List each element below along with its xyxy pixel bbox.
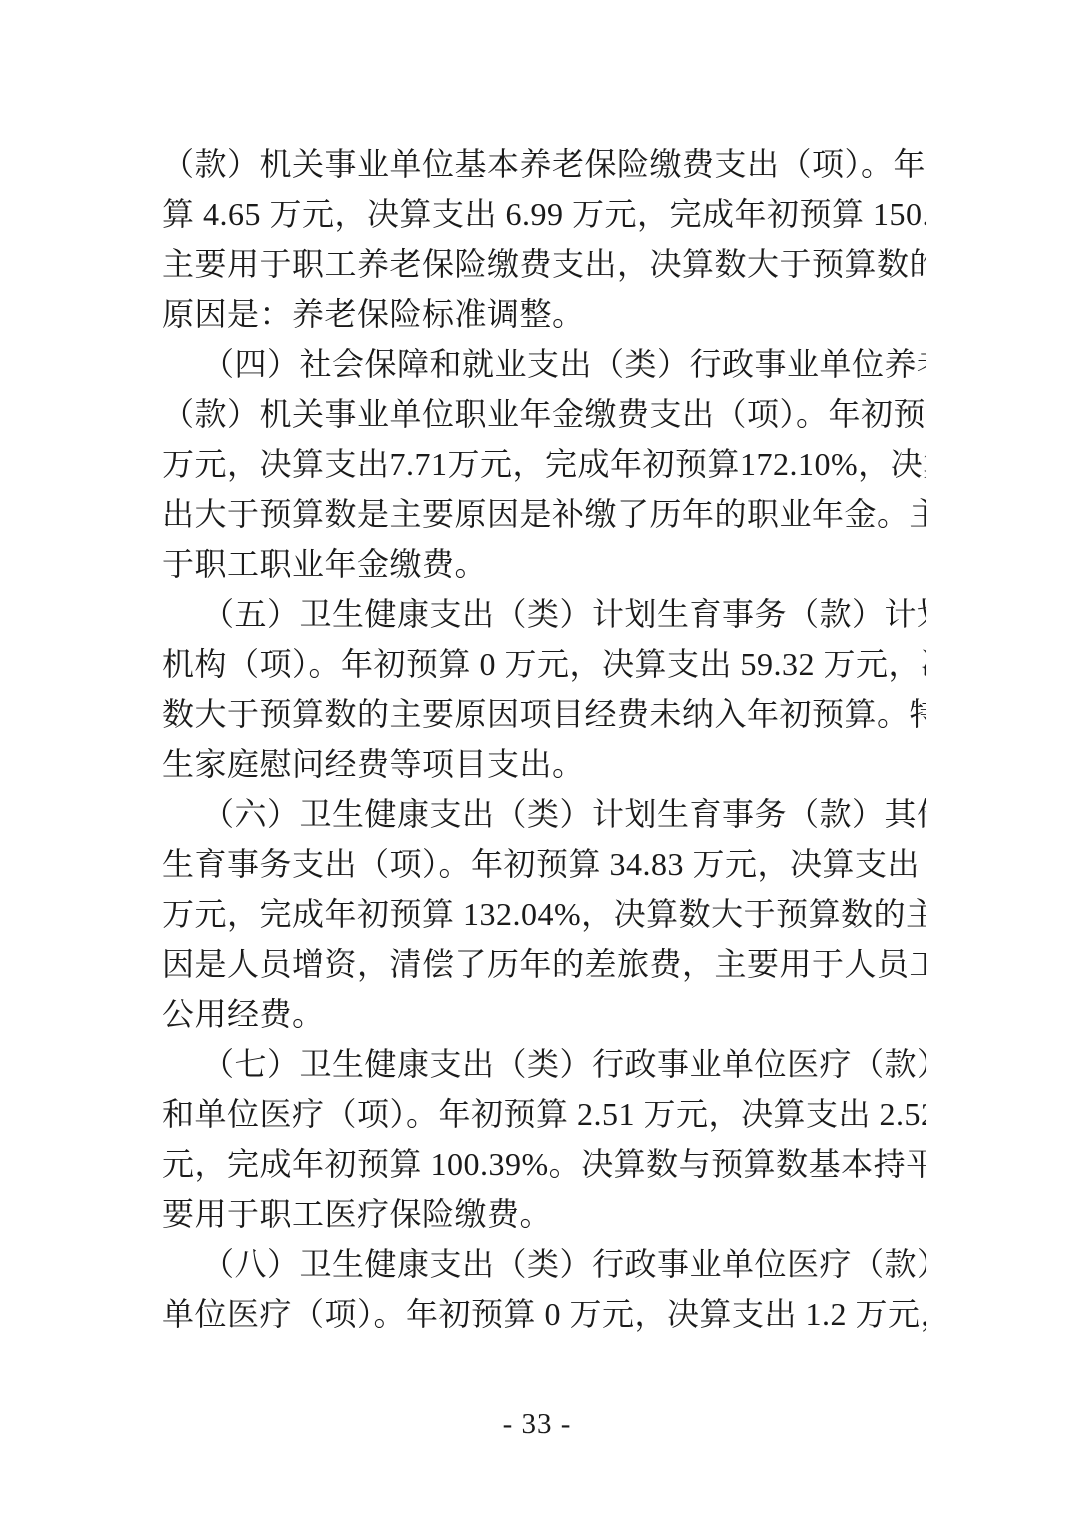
text-line: （八）卫生健康支出（类）行政事业单位医疗（款）事业 [162,1239,926,1289]
text-line: 万元，决算支出7.71万元，完成年初预算172.10%，决算支 [162,439,926,489]
text-line: （款）机关事业单位基本养老保险缴费支出（项）。年初预 [162,139,926,189]
text-line: 和单位医疗（项）。年初预算 2.51 万元，决算支出 2.52 万 [162,1089,926,1139]
document-page: （款）机关事业单位基本养老保险缴费支出（项）。年初预 算 4.65 万元，决算支… [0,0,1074,1520]
page-number: - 33 - [503,1408,572,1440]
page-footer: - 33 - [0,1408,1074,1440]
text-line: 数大于预算数的主要原因项目经费未纳入年初预算。特殊计 [162,689,926,739]
text-line: （款）机关事业单位职业年金缴费支出（项）。年初预算4.48 [162,389,926,439]
text-line: （七）卫生健康支出（类）行政事业单位医疗（款）行政 [162,1039,926,1089]
text-line: 机构（项）。年初预算 0 万元，决算支出 59.32 万元，决算 [162,639,926,689]
text-line: 主要用于职工养老保险缴费支出，决算数大于预算数的主要 [162,239,926,289]
text-line: 元，完成年初预算 100.39%。决算数与预算数基本持平。主 [162,1139,926,1189]
text-line: 生育事务支出（项）。年初预算 34.83 万元，决算支出 45.99 [162,839,926,889]
text-line: （五）卫生健康支出（类）计划生育事务（款）计划生育 [162,589,926,639]
text-line: 公用经费。 [162,989,926,1039]
text-line: （四）社会保障和就业支出（类）行政事业单位养老支出 [162,339,926,389]
text-line: 于职工职业年金缴费。 [162,539,926,589]
text-line: 单位医疗（项）。年初预算 0 万元，决算支出 1.2 万元，决 [162,1289,926,1339]
text-line: 因是人员增资，清偿了历年的差旅费，主要用于人员工资、 [162,939,926,989]
text-line: 生家庭慰问经费等项目支出。 [162,739,926,789]
text-line: 出大于预算数是主要原因是补缴了历年的职业年金。主要用 [162,489,926,539]
text-line: 算 4.65 万元，决算支出 6.99 万元，完成年初预算 150.32%， [162,189,926,239]
text-line: （六）卫生健康支出（类）计划生育事务（款）其他计划 [162,789,926,839]
text-line: 原因是：养老保险标准调整。 [162,289,926,339]
text-line: 要用于职工医疗保险缴费。 [162,1189,926,1239]
text-line: 万元，完成年初预算 132.04%，决算数大于预算数的主要原 [162,889,926,939]
document-body: （款）机关事业单位基本养老保险缴费支出（项）。年初预 算 4.65 万元，决算支… [162,139,926,1339]
